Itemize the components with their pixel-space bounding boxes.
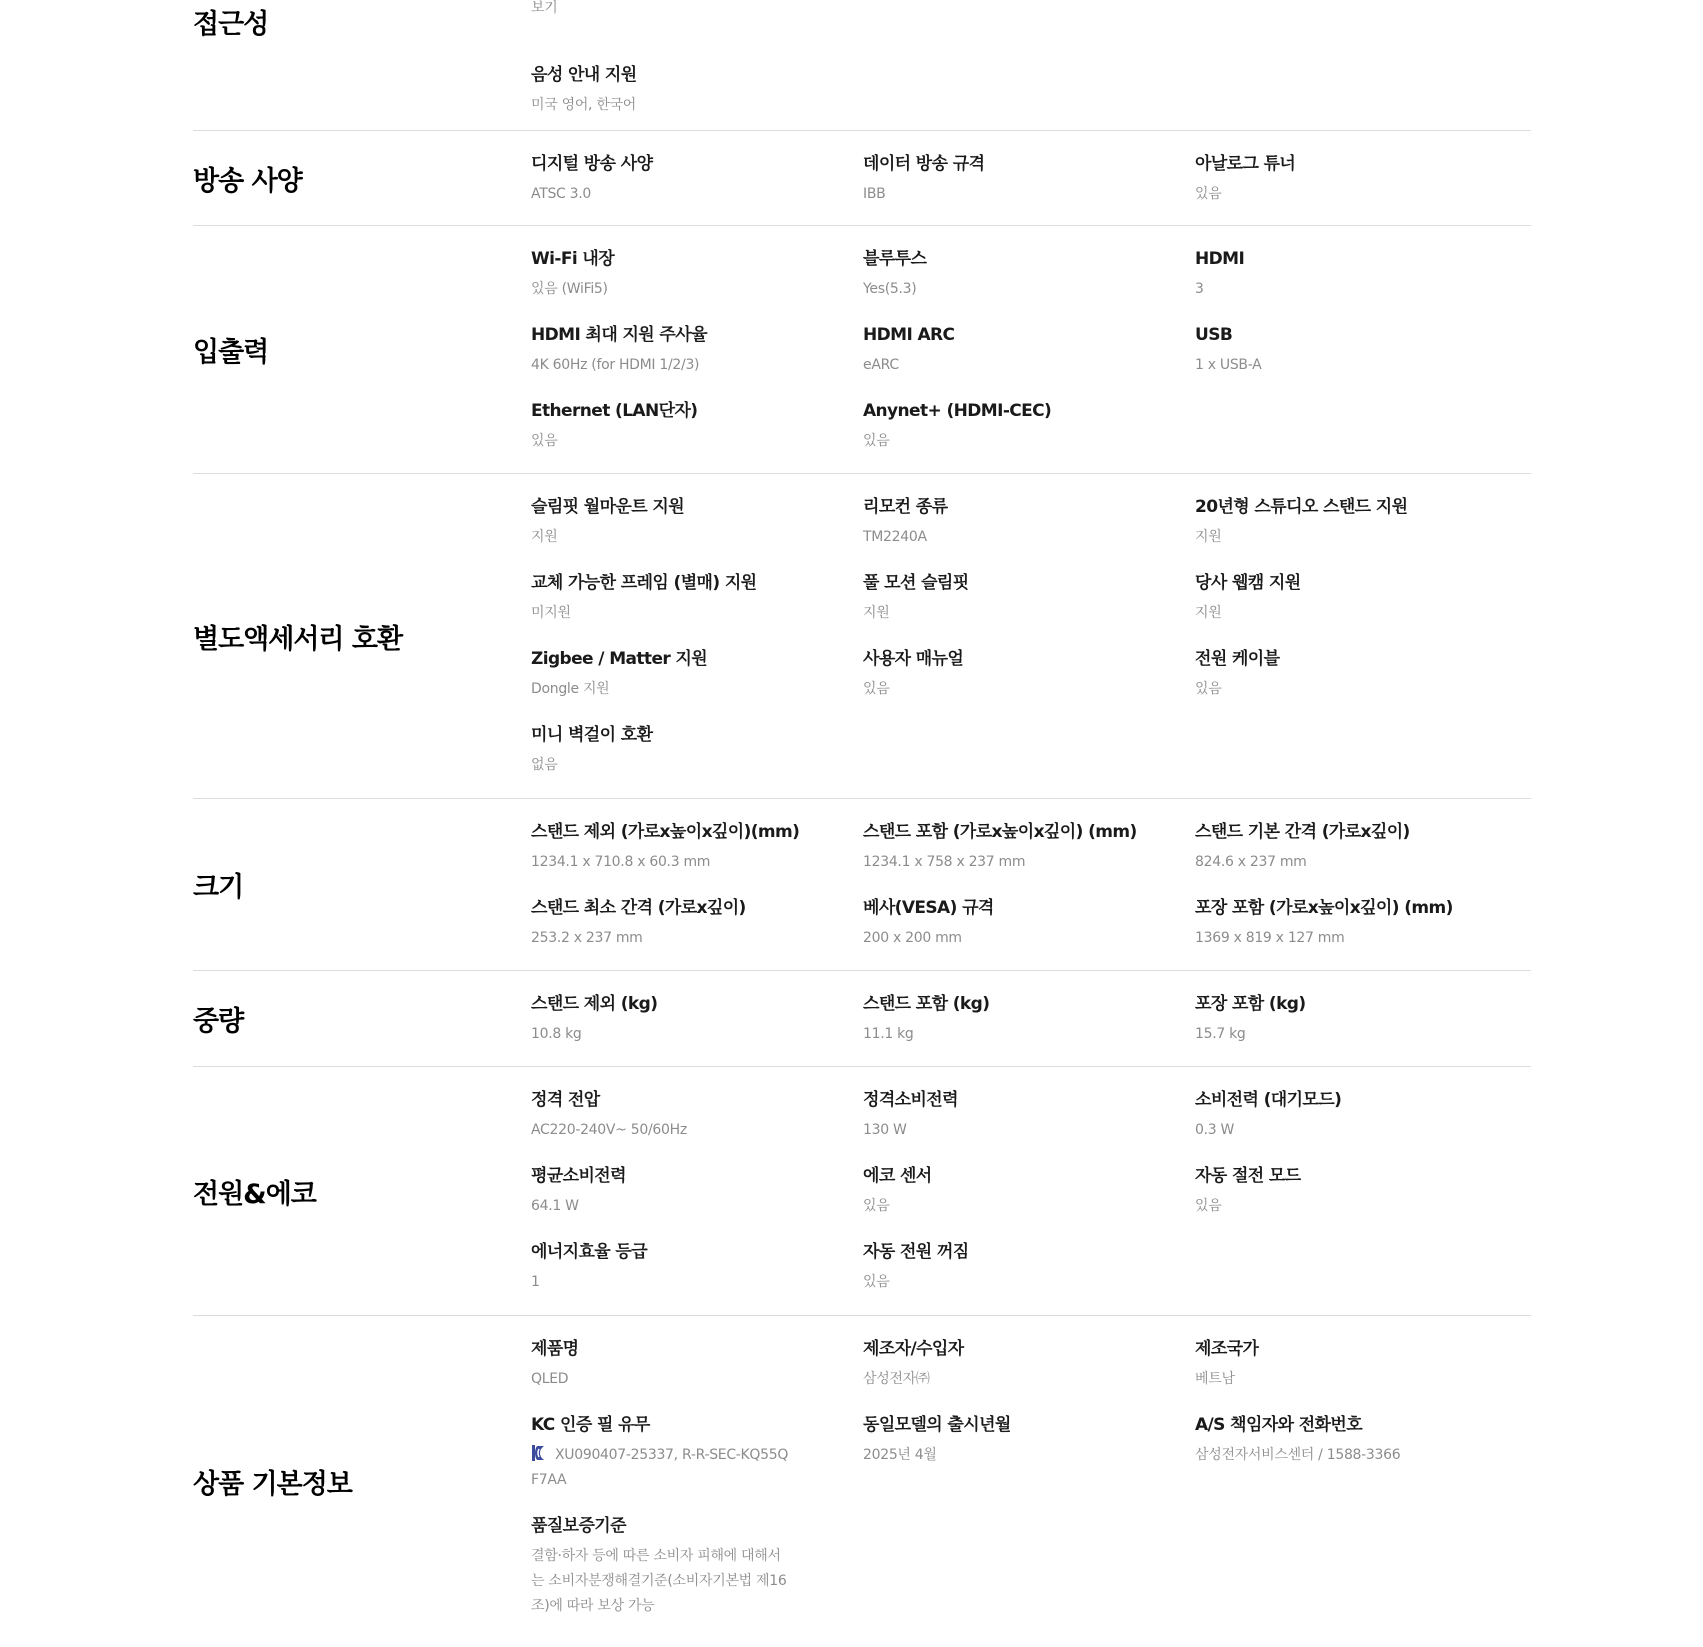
spec-item: 포장 포함 (kg)15.7 kg — [1195, 993, 1527, 1069]
spec-title: 베사(VESA) 규격 — [863, 897, 1195, 919]
spec-item: 베사(VESA) 규격200 x 200 mm — [863, 897, 1195, 973]
spec-item: SeeColors Mode, 색상 반전, 흑백, 확대 보기 — [531, 0, 863, 64]
spec-title: 평균소비전력 — [531, 1165, 863, 1187]
spec-value: 있음 — [1195, 1194, 1455, 1219]
spec-value: 824.6 x 237 mm — [1195, 850, 1455, 875]
spec-title: 아날로그 튜너 — [1195, 153, 1527, 175]
spec-title: 포장 포함 (kg) — [1195, 993, 1527, 1015]
spec-title: 에코 센서 — [863, 1165, 1195, 1187]
spec-title: KC 인증 필 유무 — [531, 1414, 863, 1436]
spec-title: A/S 책임자와 전화번호 — [1195, 1414, 1527, 1436]
spec-title: 에너지효율 등급 — [531, 1241, 863, 1263]
spec-item: 스탠드 기본 간격 (가로x깊이)824.6 x 237 mm — [1195, 821, 1527, 897]
spec-value: 253.2 x 237 mm — [531, 926, 791, 951]
spec-title: 사용자 매뉴얼 — [863, 648, 1195, 670]
spec-item: 포장 포함 (가로x높이x깊이) (mm)1369 x 819 x 127 mm — [1195, 897, 1527, 973]
section-label: 입출력 — [193, 226, 531, 473]
spec-value: ATSC 3.0 — [531, 182, 791, 207]
spec-item: 색채 보정, 자막 위치, 수어 확대 설정 — [863, 0, 1195, 64]
spec-item: 전원 케이블있음 — [1195, 648, 1527, 724]
spec-value: 4K 60Hz (for HDMI 1/2/3) — [531, 353, 791, 378]
spec-value: 베트남 — [1195, 1367, 1455, 1392]
spec-value: 있음 — [1195, 182, 1455, 207]
spec-title: Ethernet (LAN단자) — [531, 400, 863, 422]
spec-item: 스탠드 포함 (kg)11.1 kg — [863, 993, 1195, 1069]
spec-value: 있음 — [863, 677, 1123, 702]
spec-title: 스탠드 제외 (kg) — [531, 993, 863, 1015]
spec-value: 2025년 4월 — [863, 1443, 1123, 1468]
spec-title: 전원 케이블 — [1195, 648, 1527, 670]
kc-cert-number: XU090407-25337, R-R-SEC-KQ55QF7AA — [531, 1447, 788, 1488]
spec-title: 슬림핏 월마운트 지원 — [531, 496, 863, 518]
spec-value: 삼성전자㈜ — [863, 1367, 1123, 1392]
spec-item: Ethernet (LAN단자)있음 — [531, 400, 863, 476]
spec-title: 디지털 방송 사양 — [531, 153, 863, 175]
spec-value: 1 x USB-A — [1195, 353, 1455, 378]
section-label: 중량 — [193, 971, 531, 1066]
spec-table: 접근성 SeeColors Mode, 색상 반전, 흑백, 확대 보기 색채 … — [193, 0, 1531, 1646]
spec-value: Dongle 지원 — [531, 677, 791, 702]
spec-value: QLED — [531, 1367, 791, 1392]
spec-item: 슬림핏 월마운트 지원지원 — [531, 496, 863, 572]
section-weight: 중량 스탠드 제외 (kg)10.8 kg 스탠드 포함 (kg)11.1 kg… — [193, 971, 1531, 1067]
spec-item: KC 인증 필 유무 XU090407-25337, R-R-SEC-KQ55Q… — [531, 1414, 863, 1515]
spec-title: 스탠드 포함 (가로x높이x깊이) (mm) — [863, 821, 1195, 843]
spec-value: 1234.1 x 758 x 237 mm — [863, 850, 1123, 875]
spec-value: 미국 영어, 한국어 — [531, 93, 791, 118]
kc-certification-icon — [531, 1444, 547, 1462]
spec-title: 데이터 방송 규격 — [863, 153, 1195, 175]
spec-item: 사용자 매뉴얼있음 — [863, 648, 1195, 724]
spec-value: 1234.1 x 710.8 x 60.3 mm — [531, 850, 791, 875]
spec-item: 평균소비전력64.1 W — [531, 1165, 863, 1241]
spec-item: 데이터 방송 규격IBB — [863, 153, 1195, 229]
section-product-info: 상품 기본정보 제품명QLED 제조자/수입자삼성전자㈜ 제조국가베트남 KC … — [193, 1316, 1531, 1646]
spec-value: 지원 — [1195, 525, 1455, 550]
spec-item: 스탠드 최소 간격 (가로x깊이)253.2 x 237 mm — [531, 897, 863, 973]
spec-value: 없음 — [531, 753, 791, 778]
spec-title: HDMI — [1195, 248, 1527, 270]
spec-value: 0.3 W — [1195, 1118, 1455, 1143]
spec-item: HDMI3 — [1195, 248, 1527, 324]
spec-item: 소비전력 (대기모드)0.3 W — [1195, 1089, 1527, 1165]
spec-value: 지원 — [863, 601, 1123, 626]
spec-title: 자동 전원 꺼짐 — [863, 1241, 1195, 1263]
spec-value: TM2240A — [863, 525, 1123, 550]
spec-item: A/S 책임자와 전화번호삼성전자서비스센터 / 1588-3366 — [1195, 1414, 1527, 1515]
spec-title: 정격 전압 — [531, 1089, 863, 1111]
spec-title: 제조국가 — [1195, 1338, 1527, 1360]
spec-value: 있음 — [863, 429, 1123, 454]
spec-title: Wi-Fi 내장 — [531, 248, 863, 270]
spec-item: App for All — [1195, 0, 1527, 64]
section-label: 상품 기본정보 — [193, 1316, 531, 1646]
spec-value: 15.7 kg — [1195, 1022, 1455, 1047]
spec-item: 풀 모션 슬림핏지원 — [863, 572, 1195, 648]
spec-item: Wi-Fi 내장있음 (WiFi5) — [531, 248, 863, 324]
spec-item: 미니 벽걸이 호환없음 — [531, 724, 863, 800]
spec-item: 제조국가베트남 — [1195, 1338, 1527, 1414]
spec-item: 20년형 스튜디오 스탠드 지원지원 — [1195, 496, 1527, 572]
spec-title: 스탠드 최소 간격 (가로x깊이) — [531, 897, 863, 919]
section-label: 크기 — [193, 799, 531, 970]
section-label: 별도액세서리 호환 — [193, 474, 531, 798]
section-io: 입출력 Wi-Fi 내장있음 (WiFi5) 블루투스Yes(5.3) HDMI… — [193, 226, 1531, 474]
spec-value: 10.8 kg — [531, 1022, 791, 1047]
spec-item: 제품명QLED — [531, 1338, 863, 1414]
spec-item: 품질보증기준결함·하자 등에 따른 소비자 피해에 대해서는 소비자분쟁해결기준… — [531, 1515, 863, 1637]
spec-title: Anynet+ (HDMI-CEC) — [863, 400, 1195, 422]
spec-item: 정격 전압AC220-240V~ 50/60Hz — [531, 1089, 863, 1165]
spec-value: 결함·하자 등에 따른 소비자 피해에 대해서는 소비자분쟁해결기준(소비자기본… — [531, 1544, 789, 1619]
spec-item: HDMI 최대 지원 주사율4K 60Hz (for HDMI 1/2/3) — [531, 324, 863, 400]
section-accessibility: 접근성 SeeColors Mode, 색상 반전, 흑백, 확대 보기 색채 … — [193, 0, 1531, 131]
spec-item: 정격소비전력130 W — [863, 1089, 1195, 1165]
section-label: 접근성 — [193, 0, 531, 130]
spec-title: 제품명 — [531, 1338, 863, 1360]
spec-title: 자동 절전 모드 — [1195, 1165, 1527, 1187]
spec-title: 미니 벽걸이 호환 — [531, 724, 863, 746]
spec-item: HDMI ARCeARC — [863, 324, 1195, 400]
spec-value: 3 — [1195, 277, 1455, 302]
spec-title: 교체 가능한 프레임 (별매) 지원 — [531, 572, 863, 594]
spec-title: 소비전력 (대기모드) — [1195, 1089, 1527, 1111]
spec-item: 아날로그 튜너있음 — [1195, 153, 1527, 229]
spec-title: 블루투스 — [863, 248, 1195, 270]
spec-title: 품질보증기준 — [531, 1515, 863, 1537]
spec-item: 에코 센서있음 — [863, 1165, 1195, 1241]
section-label: 방송 사양 — [193, 131, 531, 225]
spec-item: 에너지효율 등급1 — [531, 1241, 863, 1317]
spec-title: 포장 포함 (가로x높이x깊이) (mm) — [1195, 897, 1527, 919]
spec-title: 20년형 스튜디오 스탠드 지원 — [1195, 496, 1527, 518]
spec-title: Zigbee / Matter 지원 — [531, 648, 863, 670]
spec-title: HDMI 최대 지원 주사율 — [531, 324, 863, 346]
section-label: 전원&에코 — [193, 1067, 531, 1315]
spec-item: 자동 전원 꺼짐있음 — [863, 1241, 1195, 1317]
spec-item: 블루투스Yes(5.3) — [863, 248, 1195, 324]
spec-value: 있음 — [863, 1194, 1123, 1219]
spec-value: 1 — [531, 1270, 791, 1295]
spec-value: 삼성전자서비스센터 / 1588-3366 — [1195, 1443, 1455, 1468]
spec-item: 스탠드 제외 (kg)10.8 kg — [531, 993, 863, 1069]
spec-value: Yes(5.3) — [863, 277, 1123, 302]
spec-item: USB1 x USB-A — [1195, 324, 1527, 400]
section-size: 크기 스탠드 제외 (가로x높이x깊이)(mm)1234.1 x 710.8 x… — [193, 799, 1531, 971]
spec-title: 제조자/수입자 — [863, 1338, 1195, 1360]
spec-item: 교체 가능한 프레임 (별매) 지원미지원 — [531, 572, 863, 648]
spec-title: HDMI ARC — [863, 324, 1195, 346]
section-accessories: 별도액세서리 호환 슬림핏 월마운트 지원지원 리모컨 종류TM2240A 20… — [193, 474, 1531, 799]
spec-value: 지원 — [1195, 601, 1455, 626]
spec-value: eARC — [863, 353, 1123, 378]
spec-item: 리모컨 종류TM2240A — [863, 496, 1195, 572]
spec-title: 스탠드 제외 (가로x높이x깊이)(mm) — [531, 821, 863, 843]
section-broadcast: 방송 사양 디지털 방송 사양ATSC 3.0 데이터 방송 규격IBB 아날로… — [193, 131, 1531, 226]
spec-item: Zigbee / Matter 지원Dongle 지원 — [531, 648, 863, 724]
spec-value: 64.1 W — [531, 1194, 791, 1219]
spec-title: 음성 안내 지원 — [531, 64, 863, 86]
spec-item: 자동 절전 모드있음 — [1195, 1165, 1527, 1241]
spec-title: 동일모델의 출시년월 — [863, 1414, 1195, 1436]
spec-item: 디지털 방송 사양ATSC 3.0 — [531, 153, 863, 229]
spec-title: 리모컨 종류 — [863, 496, 1195, 518]
spec-item: 동일모델의 출시년월2025년 4월 — [863, 1414, 1195, 1515]
spec-value: 11.1 kg — [863, 1022, 1123, 1047]
spec-value: 130 W — [863, 1118, 1123, 1143]
spec-value: 있음 (WiFi5) — [531, 277, 791, 302]
spec-value: 있음 — [531, 429, 791, 454]
spec-item: Anynet+ (HDMI-CEC)있음 — [863, 400, 1195, 476]
spec-item: 스탠드 제외 (가로x높이x깊이)(mm)1234.1 x 710.8 x 60… — [531, 821, 863, 897]
spec-value: AC220-240V~ 50/60Hz — [531, 1118, 791, 1143]
spec-item: 당사 웹캠 지원지원 — [1195, 572, 1527, 648]
spec-value: 있음 — [1195, 677, 1455, 702]
spec-value: IBB — [863, 182, 1123, 207]
spec-value: 지원 — [531, 525, 791, 550]
spec-value: SeeColors Mode, 색상 반전, 흑백, 확대 보기 — [531, 0, 781, 21]
spec-value: XU090407-25337, R-R-SEC-KQ55QF7AA — [531, 1443, 791, 1493]
spec-value: 1369 x 819 x 127 mm — [1195, 926, 1455, 951]
spec-item: 제조자/수입자삼성전자㈜ — [863, 1338, 1195, 1414]
spec-title: 정격소비전력 — [863, 1089, 1195, 1111]
section-power-eco: 전원&에코 정격 전압AC220-240V~ 50/60Hz 정격소비전력130… — [193, 1067, 1531, 1316]
spec-value: 200 x 200 mm — [863, 926, 1123, 951]
spec-item: 음성 안내 지원 미국 영어, 한국어 — [531, 64, 863, 140]
spec-value: 있음 — [863, 1270, 1123, 1295]
spec-title: 스탠드 포함 (kg) — [863, 993, 1195, 1015]
spec-title: 당사 웹캠 지원 — [1195, 572, 1527, 594]
spec-title: 풀 모션 슬림핏 — [863, 572, 1195, 594]
spec-value: 미지원 — [531, 601, 791, 626]
spec-title: USB — [1195, 324, 1527, 346]
spec-item: 스탠드 포함 (가로x높이x깊이) (mm)1234.1 x 758 x 237… — [863, 821, 1195, 897]
spec-title: 스탠드 기본 간격 (가로x깊이) — [1195, 821, 1527, 843]
